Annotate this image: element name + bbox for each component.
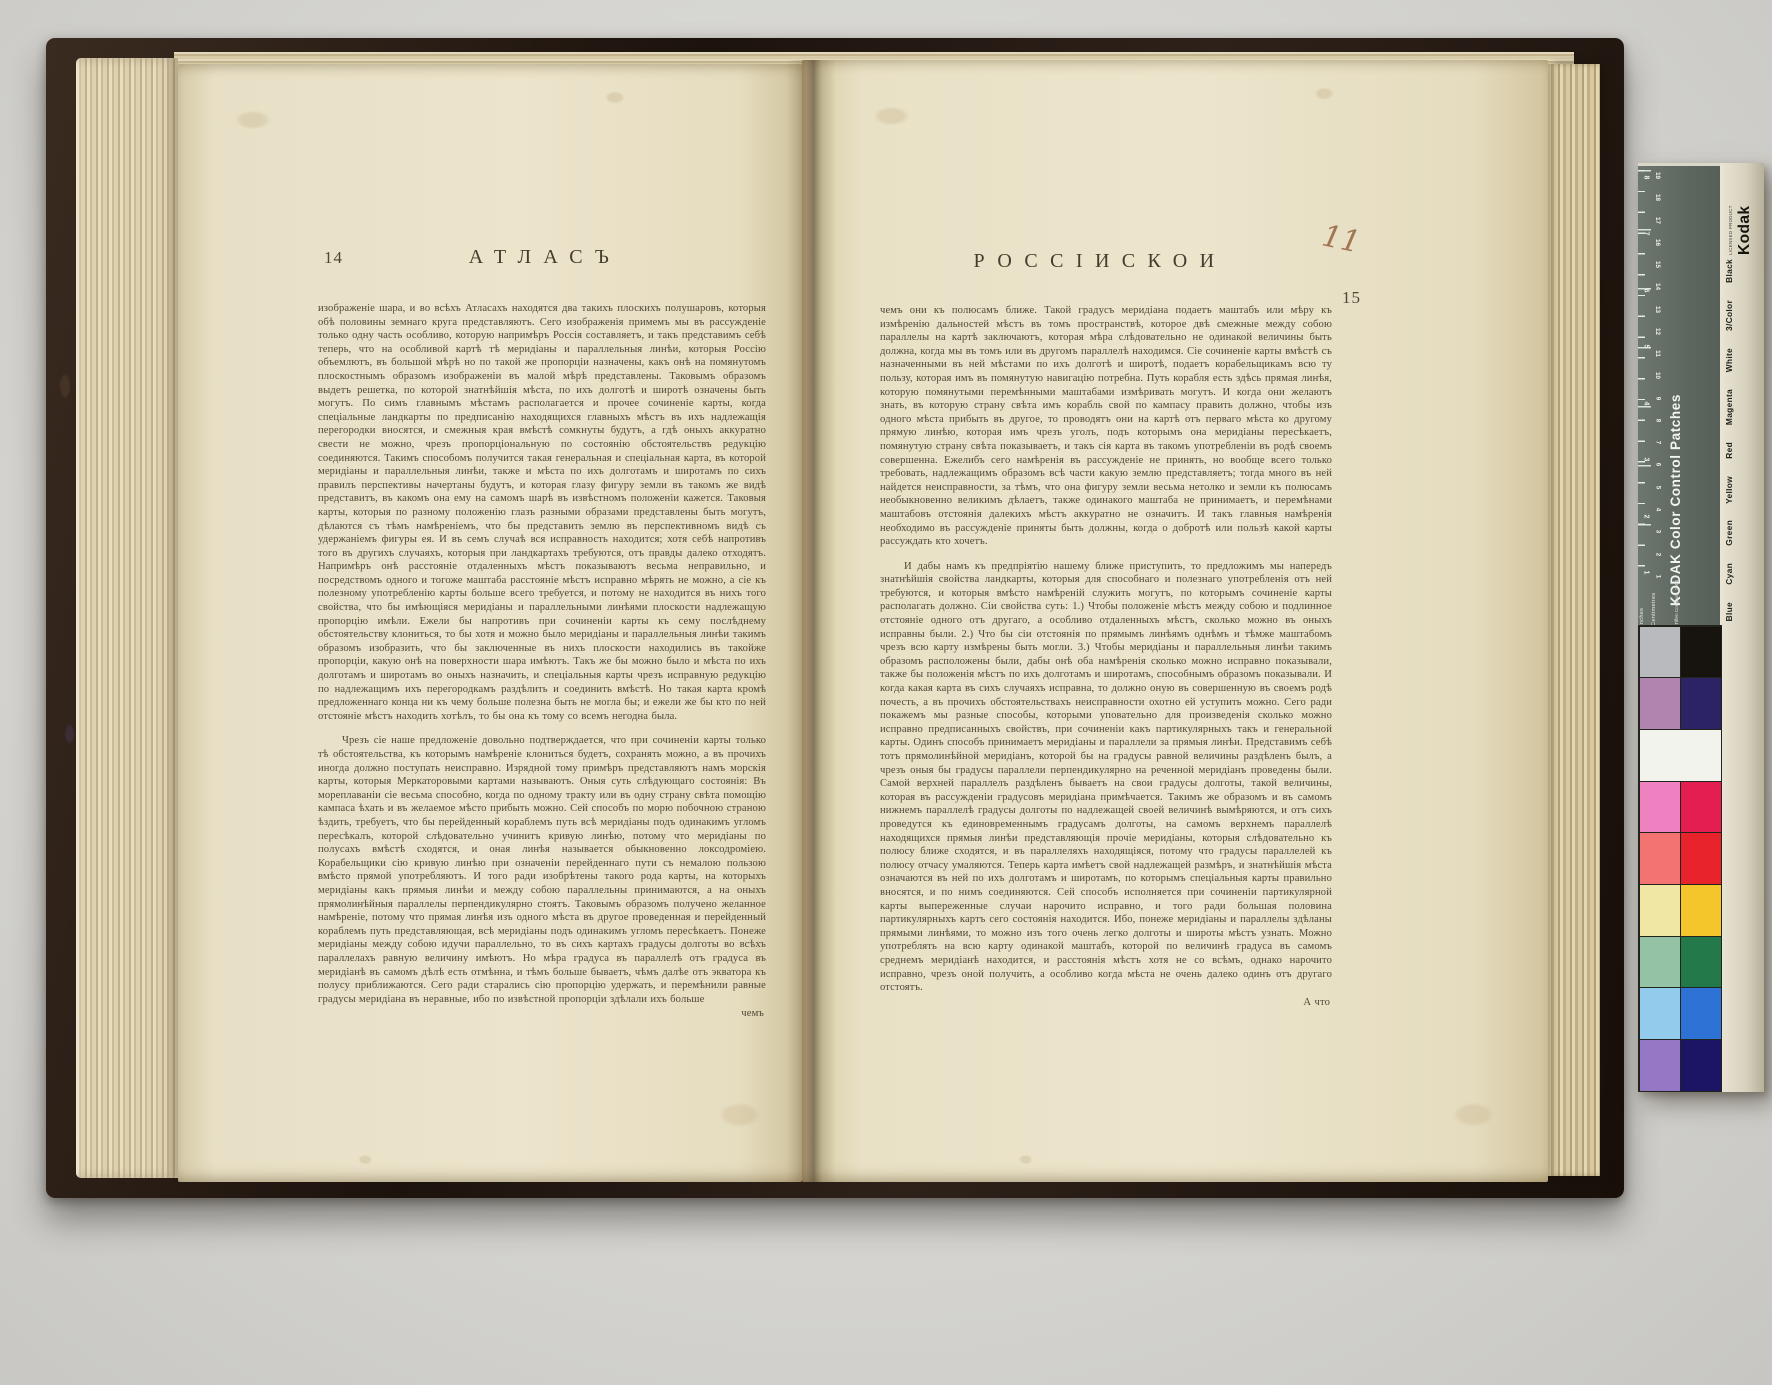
patch-color-name: Yellow [1724,476,1734,504]
ruler-number: 3 [1654,530,1661,534]
patch-color-name: 3/Color [1724,300,1734,331]
ruler-centimetres-label: Centimetres [1651,584,1657,626]
color-patch [1681,885,1721,936]
page-edges-left [76,58,178,1178]
ruler-number: 1 [1642,571,1649,575]
color-patch [1681,678,1721,729]
color-patch [1640,782,1680,833]
ruler-number: 8 [1642,176,1649,180]
patch-color-name: Magenta [1724,389,1734,425]
ruler-number: 5 [1654,485,1661,489]
right-page: РОССІИСКОИ 15 11 чемъ они къ полюсамъ бл… [802,60,1548,1182]
strip-ruler-section: 87654321 19181716151413121110987654321 I… [1638,163,1720,628]
color-patch [1640,678,1680,729]
color-patch [1640,988,1680,1039]
color-patch [1681,627,1721,678]
left-page-number: 14 [324,248,343,268]
ruler-number: 11 [1654,350,1661,357]
left-running-title: АТЛАСЪ [395,246,695,269]
left-paragraph-1: изображеніе шара, и во всѣхъ Атласахъ на… [318,302,766,723]
left-paragraph-2: Чрезъ сіе наше предложеніе довольно подт… [318,734,766,1006]
color-patch [1640,885,1680,936]
licensed-product-label: LICENSED PRODUCT [1728,175,1733,255]
photo-of-open-book: 14 АТЛАСЪ изображеніе шара, и во всѣхъ А… [0,0,1772,1385]
color-patch-row [1640,782,1721,833]
page-edges-right [1548,64,1600,1176]
color-patch [1681,937,1721,988]
right-page-number: 15 [1342,288,1361,308]
ruler-number: 6 [1642,288,1649,292]
color-patch-row [1640,730,1721,781]
book: 14 АТЛАСЪ изображеніе шара, и во всѣхъ А… [46,38,1624,1198]
ruler-number: 8 [1654,419,1661,423]
color-patch [1640,730,1721,781]
ruler-number: 9 [1654,396,1661,400]
ruler-number: 16 [1654,239,1661,246]
patch-color-name: Cyan [1724,563,1734,585]
right-catchword: А что [880,996,1332,1010]
right-paragraph-1: чемъ они къ полюсамъ ближе. Такой градус… [880,304,1332,549]
ruler-number: 10 [1654,372,1661,379]
color-patch [1640,833,1680,884]
patch-color-name: Blue [1724,602,1734,621]
color-patch [1681,1040,1721,1091]
ruler-number: 2 [1642,514,1649,518]
ruler-number: 13 [1654,306,1661,313]
ruler-number: 2 [1654,552,1661,556]
color-patch [1681,988,1721,1039]
color-patch-row [1640,833,1721,884]
color-patch [1640,627,1680,678]
ruler-number: 4 [1654,508,1661,512]
left-text-block: изображеніе шара, и во всѣхъ Атласахъ на… [318,302,766,1021]
ruler-cm-numbers: 19181716151413121110987654321 [1652,172,1663,580]
right-running-title: РОССІИСКОИ [950,250,1250,273]
patch-color-name: Green [1724,520,1734,546]
ruler-number: 3 [1642,458,1649,462]
color-patch-row [1640,988,1721,1039]
color-patch [1681,782,1721,833]
color-patch [1681,833,1721,884]
color-patch-row [1640,1040,1721,1091]
kodak-color-control-strip: 87654321 19181716151413121110987654321 I… [1638,163,1764,1092]
ruler-number: 1 [1654,575,1661,579]
handwritten-foliation-number: 11 [1319,218,1364,260]
patch-color-name: Black [1724,259,1734,283]
ruler-number: 15 [1654,261,1661,268]
ruler-number: 18 [1654,194,1661,201]
patch-color-names: Black3/ColorWhiteMagentaRedYellowGreenCy… [1724,259,1754,621]
color-patch-row [1640,885,1721,936]
ruler-number: 4 [1642,401,1649,405]
ruler-number: 14 [1654,283,1661,290]
color-patch-row [1640,627,1721,678]
ruler-number: 5 [1642,345,1649,349]
ruler-number: 7 [1654,441,1661,445]
left-page: 14 АТЛАСЪ изображеніе шара, и во всѣхъ А… [178,64,802,1182]
left-catchword: чемъ [318,1007,766,1021]
ruler-number: 17 [1654,217,1661,224]
right-paragraph-2: И дабы намъ къ предпріятію нашему ближе … [880,560,1332,995]
strip-title: KODAK Color Control Patches [1668,292,1683,606]
color-patch-row [1640,678,1721,729]
ruler-number: 19 [1654,172,1661,179]
ruler-number: 7 [1642,232,1649,236]
color-patch [1640,937,1680,988]
color-patches [1638,625,1722,1092]
right-text-block: чемъ они къ полюсамъ ближе. Такой градус… [880,304,1332,1009]
ruler-number: 6 [1654,463,1661,467]
patch-color-name: White [1724,348,1734,372]
kodak-logo: Kodak [1736,171,1754,255]
patch-color-name: Red [1724,442,1734,459]
color-patch-row [1640,937,1721,988]
ruler-inches-label: Inches [1639,584,1645,626]
color-patch [1640,1040,1680,1091]
ruler-inch-numbers: 87654321 [1640,174,1651,576]
ruler-number: 12 [1654,328,1661,335]
